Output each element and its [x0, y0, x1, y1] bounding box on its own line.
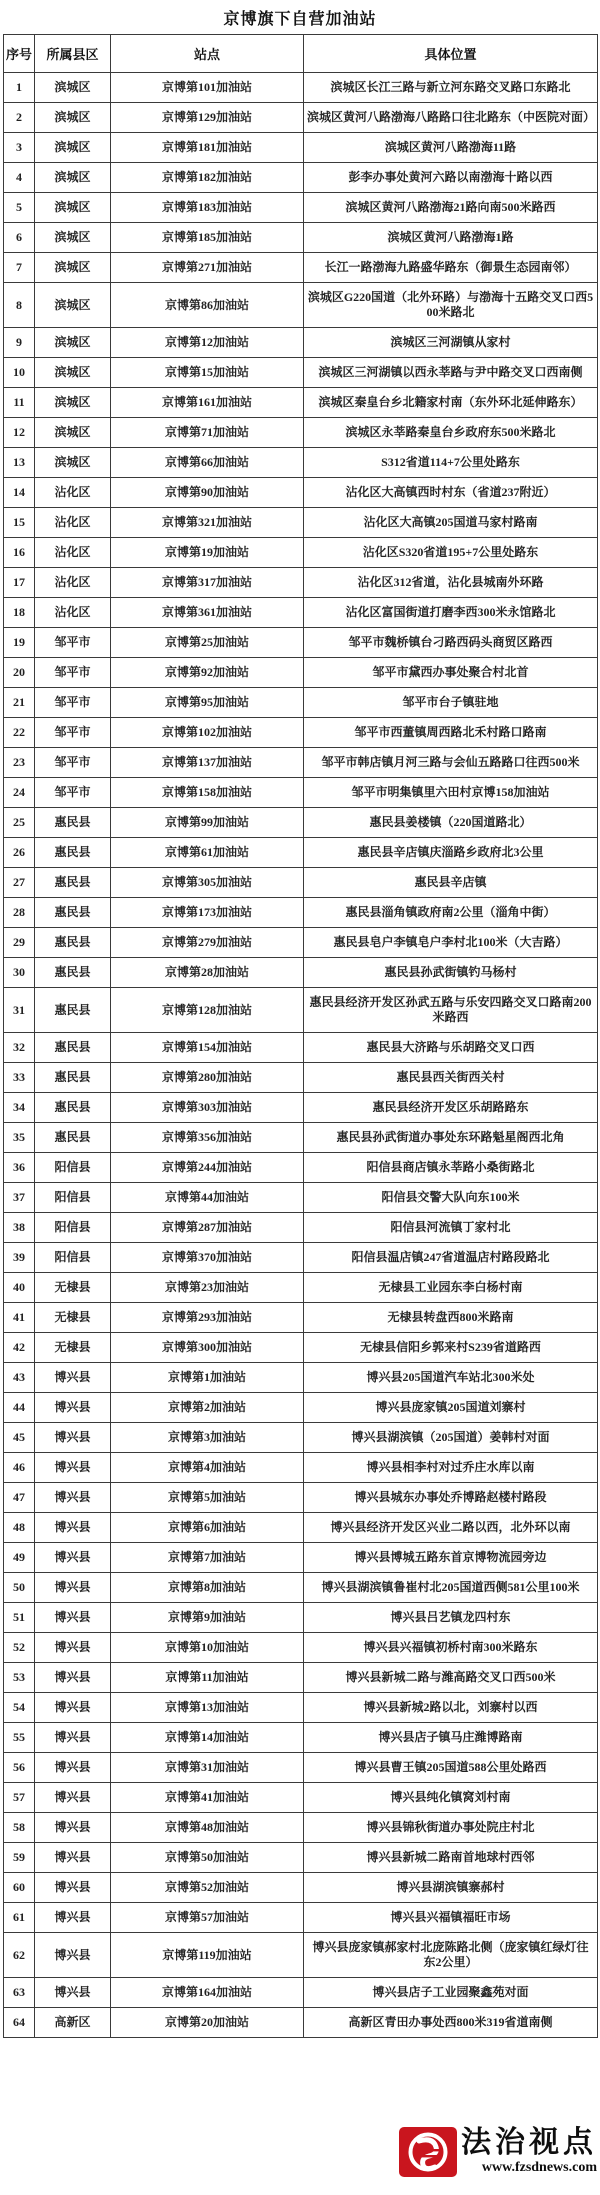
location-cell: 惠民县辛店镇 [304, 868, 598, 898]
table-row: 55博兴县京博第14加油站博兴县店子镇马庄潍博路南 [4, 1723, 598, 1753]
station-cell: 京博第154加油站 [111, 1033, 304, 1063]
station-cell: 京博第41加油站 [111, 1783, 304, 1813]
row-index-cell: 55 [4, 1723, 35, 1753]
table-row: 33惠民县京博第280加油站惠民县西关街西关村 [4, 1063, 598, 1093]
station-cell: 京博第4加油站 [111, 1453, 304, 1483]
table-row: 34惠民县京博第303加油站惠民县经济开发区乐胡路路东 [4, 1093, 598, 1123]
county-cell: 滨城区 [35, 73, 111, 103]
location-cell: 沾化区312省道，沾化县城南外环路 [304, 568, 598, 598]
station-cell: 京博第28加油站 [111, 958, 304, 988]
table-row: 12滨城区京博第71加油站滨城区永莘路秦皇台乡政府东500米路北 [4, 418, 598, 448]
station-cell: 京博第101加油站 [111, 73, 304, 103]
station-cell: 京博第173加油站 [111, 898, 304, 928]
station-cell: 京博第71加油站 [111, 418, 304, 448]
table-row: 3滨城区京博第181加油站滨城区黄河八路渤海11路 [4, 133, 598, 163]
row-index-cell: 41 [4, 1303, 35, 1333]
location-cell: 沾化区富国街道打磨李西300米永馆路北 [304, 598, 598, 628]
county-cell: 惠民县 [35, 898, 111, 928]
station-cell: 京博第8加油站 [111, 1573, 304, 1603]
county-cell: 博兴县 [35, 1753, 111, 1783]
station-cell: 京博第161加油站 [111, 388, 304, 418]
county-cell: 博兴县 [35, 1633, 111, 1663]
table-row: 18沾化区京博第361加油站沾化区富国街道打磨李西300米永馆路北 [4, 598, 598, 628]
location-cell: 邹平市明集镇里六田村京博158加油站 [304, 778, 598, 808]
county-cell: 邹平市 [35, 718, 111, 748]
county-cell: 博兴县 [35, 1363, 111, 1393]
county-cell: 博兴县 [35, 1978, 111, 2008]
table-row: 17沾化区京博第317加油站沾化区312省道，沾化县城南外环路 [4, 568, 598, 598]
row-index-cell: 5 [4, 193, 35, 223]
table-row: 53博兴县京博第11加油站博兴县新城二路与潍高路交叉口西500米 [4, 1663, 598, 1693]
row-index-cell: 56 [4, 1753, 35, 1783]
watermark-url: www.fzsdnews.com [482, 2160, 597, 2176]
station-cell: 京博第20加油站 [111, 2008, 304, 2038]
table-row: 13滨城区京博第66加油站S312省道114+7公里处路东 [4, 448, 598, 478]
station-cell: 京博第9加油站 [111, 1603, 304, 1633]
row-index-cell: 43 [4, 1363, 35, 1393]
row-index-cell: 18 [4, 598, 35, 628]
county-cell: 滨城区 [35, 283, 111, 328]
location-cell: 博兴县纯化镇窝刘村南 [304, 1783, 598, 1813]
station-cell: 京博第7加油站 [111, 1543, 304, 1573]
county-cell: 博兴县 [35, 1843, 111, 1873]
row-index-cell: 11 [4, 388, 35, 418]
row-index-cell: 21 [4, 688, 35, 718]
row-index-cell: 59 [4, 1843, 35, 1873]
header-county: 所属县区 [35, 35, 111, 73]
county-cell: 滨城区 [35, 418, 111, 448]
county-cell: 邹平市 [35, 778, 111, 808]
row-index-cell: 25 [4, 808, 35, 838]
location-cell: 博兴县新城二路南首地球村西邻 [304, 1843, 598, 1873]
table-row: 27惠民县京博第305加油站惠民县辛店镇 [4, 868, 598, 898]
station-cell: 京博第92加油站 [111, 658, 304, 688]
location-cell: 惠民县辛店镇庆淄路乡政府北3公里 [304, 838, 598, 868]
station-cell: 京博第303加油站 [111, 1093, 304, 1123]
table-row: 20邹平市京博第92加油站邹平市黛西办事处聚合村北首 [4, 658, 598, 688]
location-cell: 博兴县205国道汽车站北300米处 [304, 1363, 598, 1393]
row-index-cell: 6 [4, 223, 35, 253]
location-cell: 阳信县交警大队向东100米 [304, 1183, 598, 1213]
location-cell: 阳信县温店镇247省道温店村路段路北 [304, 1243, 598, 1273]
row-index-cell: 49 [4, 1543, 35, 1573]
row-index-cell: 39 [4, 1243, 35, 1273]
location-cell: 高新区青田办事处西800米319省道南侧 [304, 2008, 598, 2038]
station-cell: 京博第11加油站 [111, 1663, 304, 1693]
table-row: 39阳信县京博第370加油站阳信县温店镇247省道温店村路段路北 [4, 1243, 598, 1273]
table-row: 36阳信县京博第244加油站阳信县商店镇永莘路小桑街路北 [4, 1153, 598, 1183]
row-index-cell: 50 [4, 1573, 35, 1603]
table-row: 23邹平市京博第137加油站邹平市韩店镇月河三路与会仙五路路口往西500米 [4, 748, 598, 778]
watermark-text-column: 法治视点 www.fzsdnews.com [461, 2128, 597, 2176]
table-row: 26惠民县京博第61加油站惠民县辛店镇庆淄路乡政府北3公里 [4, 838, 598, 868]
row-index-cell: 52 [4, 1633, 35, 1663]
row-index-cell: 22 [4, 718, 35, 748]
table-row: 6滨城区京博第185加油站滨城区黄河八路渤海1路 [4, 223, 598, 253]
county-cell: 惠民县 [35, 988, 111, 1033]
station-cell: 京博第19加油站 [111, 538, 304, 568]
row-index-cell: 54 [4, 1693, 35, 1723]
station-cell: 京博第15加油站 [111, 358, 304, 388]
county-cell: 无棣县 [35, 1303, 111, 1333]
location-cell: 惠民县孙武街道办事处东环路魁星阁西北角 [304, 1123, 598, 1153]
table-row: 63博兴县京博第164加油站博兴县店子工业园聚鑫苑对面 [4, 1978, 598, 2008]
station-cell: 京博第158加油站 [111, 778, 304, 808]
table-row: 47博兴县京博第5加油站博兴县城东办事处乔博路赵楼村路段 [4, 1483, 598, 1513]
row-index-cell: 36 [4, 1153, 35, 1183]
table-row: 29惠民县京博第279加油站惠民县皂户李镇皂户李村北100米（大吉路） [4, 928, 598, 958]
station-cell: 京博第279加油站 [111, 928, 304, 958]
location-cell: 邹平市台子镇驻地 [304, 688, 598, 718]
station-cell: 京博第13加油站 [111, 1693, 304, 1723]
watermark-site-name: 法治视点 [461, 2128, 597, 2158]
table-row: 35惠民县京博第356加油站惠民县孙武街道办事处东环路魁星阁西北角 [4, 1123, 598, 1153]
county-cell: 惠民县 [35, 958, 111, 988]
county-cell: 博兴县 [35, 1903, 111, 1933]
location-cell: 沾化区S320省道195+7公里处路东 [304, 538, 598, 568]
station-cell: 京博第271加油站 [111, 253, 304, 283]
row-index-cell: 20 [4, 658, 35, 688]
table-row: 41无棣县京博第293加油站无棣县转盘西800米路南 [4, 1303, 598, 1333]
station-cell: 京博第99加油站 [111, 808, 304, 838]
county-cell: 滨城区 [35, 193, 111, 223]
station-cell: 京博第48加油站 [111, 1813, 304, 1843]
table-row: 38阳信县京博第287加油站阳信县河流镇丁家村北 [4, 1213, 598, 1243]
table-row: 45博兴县京博第3加油站博兴县湖滨镇（205国道）姜韩村对面 [4, 1423, 598, 1453]
row-index-cell: 28 [4, 898, 35, 928]
row-index-cell: 19 [4, 628, 35, 658]
row-index-cell: 42 [4, 1333, 35, 1363]
table-row: 8滨城区京博第86加油站滨城区G220国道（北外环路）与渤海十五路交叉口西500… [4, 283, 598, 328]
county-cell: 沾化区 [35, 478, 111, 508]
station-cell: 京博第137加油站 [111, 748, 304, 778]
county-cell: 滨城区 [35, 388, 111, 418]
row-index-cell: 2 [4, 103, 35, 133]
location-cell: 邹平市西董镇周西路北禾村路口路南 [304, 718, 598, 748]
row-index-cell: 23 [4, 748, 35, 778]
location-cell: 博兴县新城2路以北，刘寨村以西 [304, 1693, 598, 1723]
page-title: 京博旗下自营加油站 [3, 2, 597, 34]
row-index-cell: 64 [4, 2008, 35, 2038]
table-row: 52博兴县京博第10加油站博兴县兴福镇初桥村南300米路东 [4, 1633, 598, 1663]
row-index-cell: 15 [4, 508, 35, 538]
location-cell: 无棣县信阳乡郭来村S239省道路西 [304, 1333, 598, 1363]
station-cell: 京博第50加油站 [111, 1843, 304, 1873]
county-cell: 惠民县 [35, 1093, 111, 1123]
table-header-row: 序号 所属县区 站点 具体位置 [4, 35, 598, 73]
location-cell: 博兴县博城五路东首京博物流园旁边 [304, 1543, 598, 1573]
row-index-cell: 3 [4, 133, 35, 163]
county-cell: 无棣县 [35, 1273, 111, 1303]
station-cell: 京博第95加油站 [111, 688, 304, 718]
location-cell: 博兴县湖滨镇鲁崔村北205国道西侧581公里100米 [304, 1573, 598, 1603]
station-cell: 京博第181加油站 [111, 133, 304, 163]
row-index-cell: 34 [4, 1093, 35, 1123]
table-row: 59博兴县京博第50加油站博兴县新城二路南首地球村西邻 [4, 1843, 598, 1873]
station-cell: 京博第370加油站 [111, 1243, 304, 1273]
table-row: 64高新区京博第20加油站高新区青田办事处西800米319省道南侧 [4, 2008, 598, 2038]
table-row: 60博兴县京博第52加油站博兴县湖滨镇寨郝村 [4, 1873, 598, 1903]
location-cell: 博兴县湖滨镇（205国道）姜韩村对面 [304, 1423, 598, 1453]
table-row: 46博兴县京博第4加油站博兴县相李村对过乔庄水库以南 [4, 1453, 598, 1483]
location-cell: 邹平市魏桥镇台刁路西码头商贸区路西 [304, 628, 598, 658]
county-cell: 惠民县 [35, 1123, 111, 1153]
station-cell: 京博第119加油站 [111, 1933, 304, 1978]
station-cell: 京博第317加油站 [111, 568, 304, 598]
station-cell: 京博第321加油站 [111, 508, 304, 538]
table-row: 24邹平市京博第158加油站邹平市明集镇里六田村京博158加油站 [4, 778, 598, 808]
document-page: 京博旗下自营加油站 序号 所属县区 站点 具体位置 1滨城区京博第101加油站滨… [0, 0, 600, 2195]
county-cell: 博兴县 [35, 1933, 111, 1978]
location-cell: 滨城区三河湖镇从家村 [304, 328, 598, 358]
station-cell: 京博第182加油站 [111, 163, 304, 193]
location-cell: 彭李办事处黄河六路以南渤海十路以西 [304, 163, 598, 193]
row-index-cell: 27 [4, 868, 35, 898]
location-cell: 滨城区黄河八路渤海21路向南500米路西 [304, 193, 598, 223]
location-cell: 滨城区三河湖镇以西永莘路与尹中路交叉口西南侧 [304, 358, 598, 388]
row-index-cell: 24 [4, 778, 35, 808]
header-index: 序号 [4, 35, 35, 73]
county-cell: 阳信县 [35, 1243, 111, 1273]
location-cell: 阳信县商店镇永莘路小桑街路北 [304, 1153, 598, 1183]
table-row: 31惠民县京博第128加油站惠民县经济开发区孙武五路与乐安四路交叉口路南200米… [4, 988, 598, 1033]
station-cell: 京博第102加油站 [111, 718, 304, 748]
row-index-cell: 53 [4, 1663, 35, 1693]
row-index-cell: 38 [4, 1213, 35, 1243]
location-cell: 惠民县经济开发区孙武五路与乐安四路交叉口路南200米路西 [304, 988, 598, 1033]
gas-station-table: 序号 所属县区 站点 具体位置 1滨城区京博第101加油站滨城区长江三路与新立河… [3, 34, 598, 2038]
location-cell: 惠民县淄角镇政府南2公里（淄角中街） [304, 898, 598, 928]
table-row: 37阳信县京博第44加油站阳信县交警大队向东100米 [4, 1183, 598, 1213]
table-row: 30惠民县京博第28加油站惠民县孙武街镇钓马杨村 [4, 958, 598, 988]
location-cell: 沾化区大高镇西时村东（省道237附近） [304, 478, 598, 508]
county-cell: 阳信县 [35, 1153, 111, 1183]
table-row: 56博兴县京博第31加油站博兴县曹王镇205国道588公里处路西 [4, 1753, 598, 1783]
location-cell: 滨城区黄河八路渤海八路路口往北路东（中医院对面） [304, 103, 598, 133]
county-cell: 邹平市 [35, 628, 111, 658]
row-index-cell: 44 [4, 1393, 35, 1423]
row-index-cell: 8 [4, 283, 35, 328]
row-index-cell: 9 [4, 328, 35, 358]
table-row: 5滨城区京博第183加油站滨城区黄河八路渤海21路向南500米路西 [4, 193, 598, 223]
county-cell: 沾化区 [35, 538, 111, 568]
county-cell: 滨城区 [35, 223, 111, 253]
county-cell: 无棣县 [35, 1333, 111, 1363]
row-index-cell: 4 [4, 163, 35, 193]
table-row: 25惠民县京博第99加油站惠民县姜楼镇（220国道路北） [4, 808, 598, 838]
table-row: 2滨城区京博第129加油站滨城区黄河八路渤海八路路口往北路东（中医院对面） [4, 103, 598, 133]
table-row: 11滨城区京博第161加油站滨城区秦皇台乡北籍家村南（东外环北延伸路东） [4, 388, 598, 418]
location-cell: 博兴县经济开发区兴业二路以西，北外环以南 [304, 1513, 598, 1543]
station-cell: 京博第52加油站 [111, 1873, 304, 1903]
location-cell: 阳信县河流镇丁家村北 [304, 1213, 598, 1243]
county-cell: 阳信县 [35, 1183, 111, 1213]
county-cell: 滨城区 [35, 328, 111, 358]
table-row: 14沾化区京博第90加油站沾化区大高镇西时村东（省道237附近） [4, 478, 598, 508]
location-cell: 长江一路渤海九路盛华路东（御景生态园南邻） [304, 253, 598, 283]
row-index-cell: 46 [4, 1453, 35, 1483]
station-cell: 京博第244加油站 [111, 1153, 304, 1183]
location-cell: 滨城区长江三路与新立河东路交叉路口东路北 [304, 73, 598, 103]
county-cell: 博兴县 [35, 1483, 111, 1513]
station-cell: 京博第14加油站 [111, 1723, 304, 1753]
table-row: 42无棣县京博第300加油站无棣县信阳乡郭来村S239省道路西 [4, 1333, 598, 1363]
location-cell: 博兴县兴福镇福旺市场 [304, 1903, 598, 1933]
table-row: 21邹平市京博第95加油站邹平市台子镇驻地 [4, 688, 598, 718]
row-index-cell: 30 [4, 958, 35, 988]
row-index-cell: 14 [4, 478, 35, 508]
station-cell: 京博第300加油站 [111, 1333, 304, 1363]
table-row: 61博兴县京博第57加油站博兴县兴福镇福旺市场 [4, 1903, 598, 1933]
row-index-cell: 1 [4, 73, 35, 103]
station-cell: 京博第293加油站 [111, 1303, 304, 1333]
location-cell: 博兴县兴福镇初桥村南300米路东 [304, 1633, 598, 1663]
row-index-cell: 17 [4, 568, 35, 598]
station-cell: 京博第164加油站 [111, 1978, 304, 2008]
table-row: 7滨城区京博第271加油站长江一路渤海九路盛华路东（御景生态园南邻） [4, 253, 598, 283]
station-cell: 京博第12加油站 [111, 328, 304, 358]
station-cell: 京博第44加油站 [111, 1183, 304, 1213]
location-cell: 惠民县大济路与乐胡路交叉口西 [304, 1033, 598, 1063]
location-cell: 滨城区黄河八路渤海11路 [304, 133, 598, 163]
county-cell: 滨城区 [35, 358, 111, 388]
station-cell: 京博第3加油站 [111, 1423, 304, 1453]
row-index-cell: 47 [4, 1483, 35, 1513]
location-cell: 邹平市黛西办事处聚合村北首 [304, 658, 598, 688]
table-row: 10滨城区京博第15加油站滨城区三河湖镇以西永莘路与尹中路交叉口西南侧 [4, 358, 598, 388]
station-cell: 京博第361加油站 [111, 598, 304, 628]
county-cell: 博兴县 [35, 1573, 111, 1603]
county-cell: 沾化区 [35, 598, 111, 628]
table-row: 51博兴县京博第9加油站博兴县吕艺镇龙四村东 [4, 1603, 598, 1633]
station-cell: 京博第10加油站 [111, 1633, 304, 1663]
station-cell: 京博第57加油站 [111, 1903, 304, 1933]
table-row: 54博兴县京博第13加油站博兴县新城2路以北，刘寨村以西 [4, 1693, 598, 1723]
county-cell: 惠民县 [35, 808, 111, 838]
row-index-cell: 29 [4, 928, 35, 958]
location-cell: 邹平市韩店镇月河三路与会仙五路路口往西500米 [304, 748, 598, 778]
county-cell: 博兴县 [35, 1663, 111, 1693]
location-cell: 无棣县转盘西800米路南 [304, 1303, 598, 1333]
county-cell: 博兴县 [35, 1393, 111, 1423]
county-cell: 滨城区 [35, 133, 111, 163]
row-index-cell: 51 [4, 1603, 35, 1633]
county-cell: 邹平市 [35, 748, 111, 778]
location-cell: 滨城区黄河八路渤海1路 [304, 223, 598, 253]
county-cell: 博兴县 [35, 1873, 111, 1903]
location-cell: 惠民县皂户李镇皂户李村北100米（大吉路） [304, 928, 598, 958]
row-index-cell: 40 [4, 1273, 35, 1303]
row-index-cell: 26 [4, 838, 35, 868]
row-index-cell: 58 [4, 1813, 35, 1843]
location-cell: 惠民县孙武街镇钓马杨村 [304, 958, 598, 988]
row-index-cell: 45 [4, 1423, 35, 1453]
county-cell: 邹平市 [35, 658, 111, 688]
table-row: 44博兴县京博第2加油站博兴县庞家镇205国道刘寨村 [4, 1393, 598, 1423]
location-cell: 博兴县店子镇马庄潍博路南 [304, 1723, 598, 1753]
county-cell: 博兴县 [35, 1603, 111, 1633]
table-row: 19邹平市京博第25加油站邹平市魏桥镇台刁路西码头商贸区路西 [4, 628, 598, 658]
location-cell: 博兴县湖滨镇寨郝村 [304, 1873, 598, 1903]
station-cell: 京博第66加油站 [111, 448, 304, 478]
station-cell: 京博第61加油站 [111, 838, 304, 868]
location-cell: 惠民县西关街西关村 [304, 1063, 598, 1093]
location-cell: 博兴县店子工业园聚鑫苑对面 [304, 1978, 598, 2008]
county-cell: 博兴县 [35, 1543, 111, 1573]
row-index-cell: 60 [4, 1873, 35, 1903]
table-row: 43博兴县京博第1加油站博兴县205国道汽车站北300米处 [4, 1363, 598, 1393]
station-cell: 京博第305加油站 [111, 868, 304, 898]
table-row: 28惠民县京博第173加油站惠民县淄角镇政府南2公里（淄角中街） [4, 898, 598, 928]
location-cell: 滨城区G220国道（北外环路）与渤海十五路交叉口西500米路北 [304, 283, 598, 328]
row-index-cell: 63 [4, 1978, 35, 2008]
table-row: 15沾化区京博第321加油站沾化区大高镇205国道马家村路南 [4, 508, 598, 538]
row-index-cell: 37 [4, 1183, 35, 1213]
county-cell: 沾化区 [35, 568, 111, 598]
row-index-cell: 57 [4, 1783, 35, 1813]
station-cell: 京博第6加油站 [111, 1513, 304, 1543]
station-cell: 京博第128加油站 [111, 988, 304, 1033]
row-index-cell: 33 [4, 1063, 35, 1093]
header-station: 站点 [111, 35, 304, 73]
station-cell: 京博第185加油站 [111, 223, 304, 253]
county-cell: 博兴县 [35, 1513, 111, 1543]
station-cell: 京博第5加油站 [111, 1483, 304, 1513]
table-row: 62博兴县京博第119加油站博兴县庞家镇郝家村北庞陈路北侧（庞家镇红绿灯往东2公… [4, 1933, 598, 1978]
table-row: 16沾化区京博第19加油站沾化区S320省道195+7公里处路东 [4, 538, 598, 568]
location-cell: 博兴县锦秋街道办事处院庄村北 [304, 1813, 598, 1843]
station-cell: 京博第287加油站 [111, 1213, 304, 1243]
row-index-cell: 7 [4, 253, 35, 283]
location-cell: 博兴县相李村对过乔庄水库以南 [304, 1453, 598, 1483]
county-cell: 滨城区 [35, 448, 111, 478]
county-cell: 惠民县 [35, 1063, 111, 1093]
county-cell: 惠民县 [35, 1033, 111, 1063]
row-index-cell: 31 [4, 988, 35, 1033]
location-cell: 惠民县经济开发区乐胡路路东 [304, 1093, 598, 1123]
county-cell: 高新区 [35, 2008, 111, 2038]
station-cell: 京博第25加油站 [111, 628, 304, 658]
county-cell: 博兴县 [35, 1783, 111, 1813]
station-cell: 京博第2加油站 [111, 1393, 304, 1423]
row-index-cell: 10 [4, 358, 35, 388]
county-cell: 惠民县 [35, 868, 111, 898]
location-cell: 博兴县曹王镇205国道588公里处路西 [304, 1753, 598, 1783]
location-cell: 惠民县姜楼镇（220国道路北） [304, 808, 598, 838]
header-location: 具体位置 [304, 35, 598, 73]
table-row: 48博兴县京博第6加油站博兴县经济开发区兴业二路以西，北外环以南 [4, 1513, 598, 1543]
station-cell: 京博第86加油站 [111, 283, 304, 328]
row-index-cell: 32 [4, 1033, 35, 1063]
location-cell: 博兴县庞家镇郝家村北庞陈路北侧（庞家镇红绿灯往东2公里） [304, 1933, 598, 1978]
location-cell: 滨城区秦皇台乡北籍家村南（东外环北延伸路东） [304, 388, 598, 418]
location-cell: 博兴县庞家镇205国道刘寨村 [304, 1393, 598, 1423]
location-cell: 滨城区永莘路秦皇台乡政府东500米路北 [304, 418, 598, 448]
station-cell: 京博第356加油站 [111, 1123, 304, 1153]
county-cell: 博兴县 [35, 1693, 111, 1723]
location-cell: 博兴县新城二路与潍高路交叉口西500米 [304, 1663, 598, 1693]
station-cell: 京博第23加油站 [111, 1273, 304, 1303]
table-row: 50博兴县京博第8加油站博兴县湖滨镇鲁崔村北205国道西侧581公里100米 [4, 1573, 598, 1603]
table-body: 1滨城区京博第101加油站滨城区长江三路与新立河东路交叉路口东路北2滨城区京博第… [4, 73, 598, 2038]
row-index-cell: 12 [4, 418, 35, 448]
location-cell: 沾化区大高镇205国道马家村路南 [304, 508, 598, 538]
station-cell: 京博第280加油站 [111, 1063, 304, 1093]
row-index-cell: 16 [4, 538, 35, 568]
county-cell: 博兴县 [35, 1813, 111, 1843]
table-row: 22邹平市京博第102加油站邹平市西董镇周西路北禾村路口路南 [4, 718, 598, 748]
station-cell: 京博第90加油站 [111, 478, 304, 508]
